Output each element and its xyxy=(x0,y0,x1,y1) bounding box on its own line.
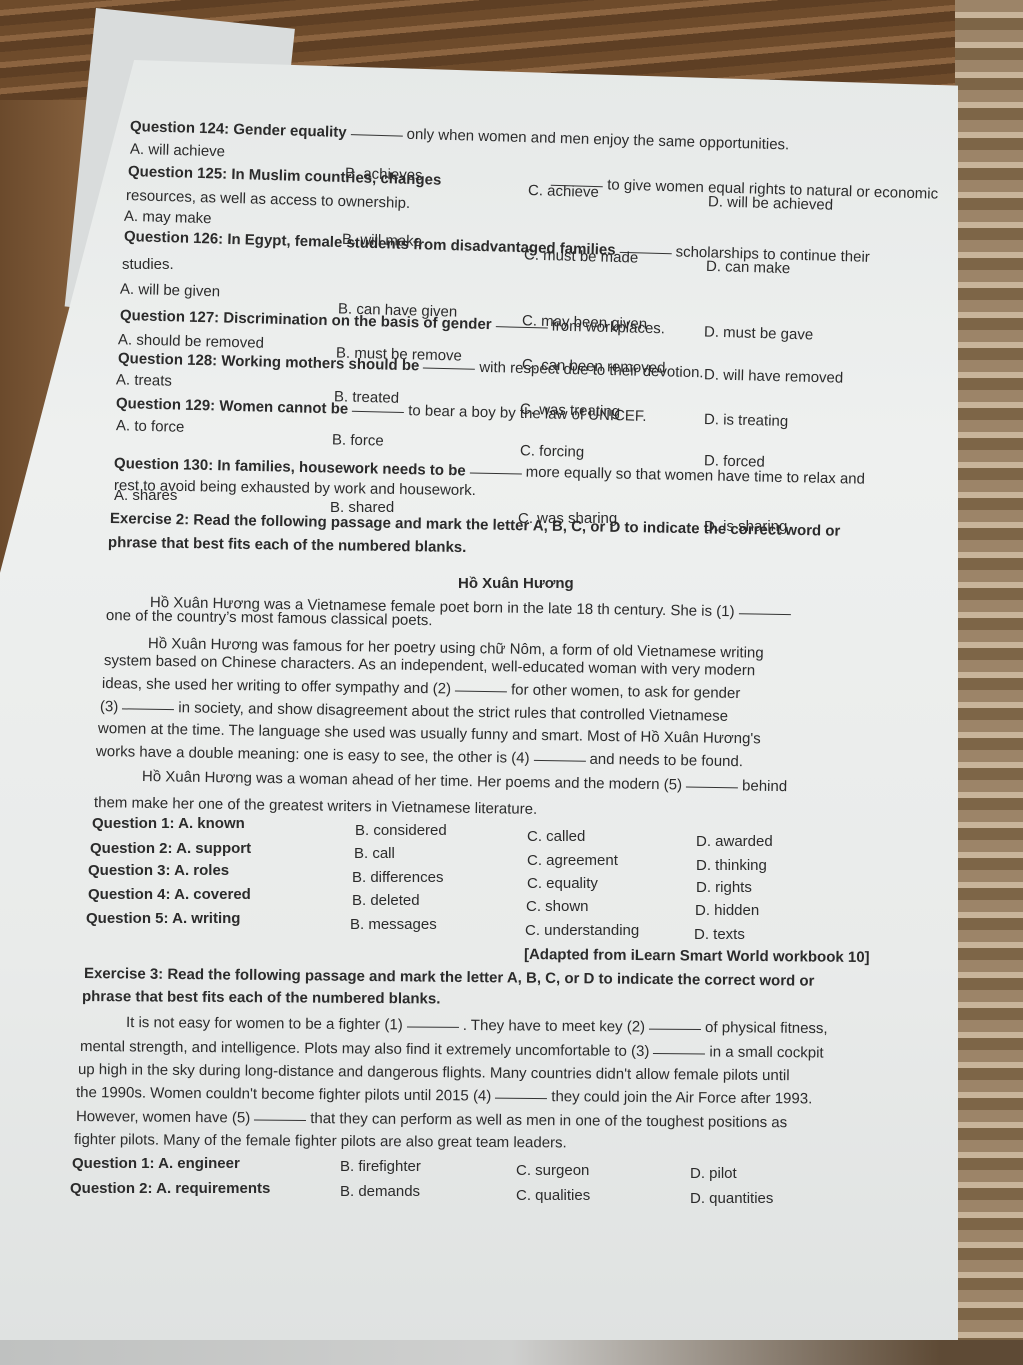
blank xyxy=(423,366,475,369)
blank-3 xyxy=(122,707,174,710)
question-124-prompt-end: only when women and men enjoy the same o… xyxy=(406,126,789,154)
q126-option-d: D. must be gave xyxy=(704,323,814,343)
q127-option-a: A. should be removed xyxy=(118,331,264,352)
ex2-q3: Question 3: A. roles xyxy=(88,862,229,879)
passage-text: behind xyxy=(742,777,787,795)
passage-text: and needs to be found. xyxy=(589,751,743,770)
q129-option-c: C. forcing xyxy=(520,442,585,461)
blank xyxy=(470,471,522,474)
ex2-q3-label: Question 3: A. roles xyxy=(88,862,229,879)
ex2-q1: Question 1: A. known xyxy=(92,815,245,832)
blank-2 xyxy=(649,1028,701,1030)
exercise-2-instruction-line2: phrase that best fits each of the number… xyxy=(108,534,467,556)
question-124: Question 124: Gender equalityonly when w… xyxy=(130,118,790,153)
passage-text: . They have to meet key (2) xyxy=(463,1017,645,1036)
passage-text: they could join the Air Force after 1993… xyxy=(551,1088,812,1107)
ex2-q1-option-b: B. considered xyxy=(355,822,447,839)
ex2-q4-option-d: D. hidden xyxy=(695,902,759,919)
blank xyxy=(496,325,548,328)
passage-text: ideas, she used her writing to offer sym… xyxy=(102,675,451,697)
ex2-q3-option-b: B. differences xyxy=(352,869,443,886)
passage-text: works have a double meaning: one is easy… xyxy=(96,743,530,767)
ex3-passage-line4: the 1990s. Women couldn't become fighter… xyxy=(76,1084,812,1107)
ex2-q4: Question 4: A. covered xyxy=(88,886,251,903)
exercise-3-instruction: Exercise 3: Read the following passage a… xyxy=(84,965,815,990)
ex3-passage-line2: mental strength, and intelligence. Plots… xyxy=(80,1038,824,1061)
ex2-q2-label: Question 2: A. support xyxy=(90,840,251,857)
ex3-q2-option-c: C. qualities xyxy=(516,1187,590,1204)
passage-p2-line3: ideas, she used her writing to offer sym… xyxy=(102,675,741,702)
q124-option-a: A. will achieve xyxy=(130,141,225,161)
question-128-prompt-end: with respect due to their devotion. xyxy=(479,359,704,381)
blank xyxy=(551,184,603,187)
ex2-q4-option-c: C. shown xyxy=(526,898,589,915)
question-130-prompt: Question 130: In families, housework nee… xyxy=(114,455,466,479)
blank-4 xyxy=(534,759,586,762)
ex3-q1-option-d: D. pilot xyxy=(690,1165,737,1182)
blank xyxy=(351,133,403,136)
passage-text: for other women, to ask for gender xyxy=(511,681,741,702)
blank xyxy=(620,251,672,254)
passage-p2-line5: women at the time. The language she used… xyxy=(98,720,761,747)
passage-text: However, women have (5) xyxy=(76,1108,250,1127)
ex3-passage-line3: up high in the sky during long-distance … xyxy=(78,1061,790,1084)
ex2-q5: Question 5: A. writing xyxy=(86,910,240,927)
q129-option-a: A. to force xyxy=(116,417,185,436)
ex2-q5-option-c: C. understanding xyxy=(525,922,639,939)
q130-option-a: A. shares xyxy=(114,487,177,504)
blank-2 xyxy=(455,690,507,693)
ex2-q1-option-c: C. called xyxy=(527,828,585,845)
blank-1 xyxy=(407,1025,459,1027)
question-127-prompt-end: from workplaces. xyxy=(551,318,665,338)
q128-option-a: A. treats xyxy=(116,371,172,389)
blank xyxy=(352,410,404,413)
ex2-q4-option-b: B. deleted xyxy=(352,892,420,909)
ex2-q2-option-c: C. agreement xyxy=(527,852,618,869)
passage-text: (3) xyxy=(100,698,119,715)
ex3-passage-line1: It is not easy for women to be a fighter… xyxy=(126,1014,828,1037)
blank-1 xyxy=(739,612,791,615)
ex2-q3-option-c: C. equality xyxy=(527,875,598,892)
ex2-q2-option-b: B. call xyxy=(354,845,395,862)
question-126: Question 126: In Egypt, female students … xyxy=(124,228,870,266)
q128-option-d: D. is treating xyxy=(704,411,789,430)
ex3-q1-option-c: C. surgeon xyxy=(516,1162,589,1179)
passage-p2-line6: works have a double meaning: one is easy… xyxy=(96,743,743,770)
passage-text: of physical fitness, xyxy=(705,1019,828,1037)
blank-5 xyxy=(254,1119,306,1121)
exercise-3-instruction-line2: phrase that best fits each of the number… xyxy=(82,988,441,1008)
ex2-q1-option-d: D. awarded xyxy=(696,833,773,850)
question-129-prompt: Question 129: Women cannot be xyxy=(116,395,349,418)
passage-p3-line1: Hồ Xuân Hương was a woman ahead of her t… xyxy=(142,768,787,795)
passage-text: mental strength, and intelligence. Plots… xyxy=(80,1038,650,1060)
blank-4 xyxy=(495,1097,547,1099)
passage-text: in society, and show disagreement about … xyxy=(178,699,728,725)
passage-text: the 1990s. Women couldn't become fighter… xyxy=(76,1084,491,1105)
ex2-q3-option-d: D. rights xyxy=(696,879,752,896)
passage-text: It is not easy for women to be a fighter… xyxy=(126,1014,403,1033)
ex3-q1: Question 1: A. engineer xyxy=(72,1155,240,1172)
passage-title: Hồ Xuân Hương xyxy=(458,575,574,592)
ex3-q2-label: Question 2: A. requirements xyxy=(70,1180,270,1197)
passage-text: in a small cockpit xyxy=(709,1043,823,1061)
ex2-q1-label: Question 1: A. known xyxy=(92,815,245,832)
source-citation: [Adapted from iLearn Smart World workboo… xyxy=(524,946,870,966)
question-130-prompt-end: more equally so that women have time to … xyxy=(525,464,865,488)
q126-option-a: A. will be given xyxy=(120,281,220,301)
worksheet-content: Question 124: Gender equalityonly when w… xyxy=(0,0,1023,1365)
blank-3 xyxy=(653,1052,705,1054)
ex3-q2-option-b: B. demands xyxy=(340,1183,420,1200)
ex3-passage-line6: fighter pilots. Many of the female fight… xyxy=(74,1131,567,1151)
passage-text: Hồ Xuân Hương was a woman ahead of her t… xyxy=(142,768,682,793)
ex2-q4-label: Question 4: A. covered xyxy=(88,886,251,903)
ex3-passage-line5: However, women have (5)that they can per… xyxy=(76,1108,787,1131)
q125-option-a: A. may make xyxy=(124,208,212,227)
ex3-q1-label: Question 1: A. engineer xyxy=(72,1155,240,1172)
question-126-line2: studies. xyxy=(122,256,174,273)
ex2-q2: Question 2: A. support xyxy=(90,840,251,857)
ex2-q5-label: Question 5: A. writing xyxy=(86,910,240,927)
ex3-q2: Question 2: A. requirements xyxy=(70,1180,270,1197)
passage-text: that they can perform as well as men in … xyxy=(310,1110,787,1131)
blank-5 xyxy=(686,786,738,789)
question-126-prompt-end: scholarships to continue their xyxy=(675,243,870,265)
ex3-q2-option-d: D. quantities xyxy=(690,1190,773,1207)
q127-option-d: D. will have removed xyxy=(704,366,844,386)
ex3-q1-option-b: B. firefighter xyxy=(340,1158,421,1175)
question-124-prompt: Question 124: Gender equality xyxy=(130,118,347,141)
ex2-q5-option-b: B. messages xyxy=(350,916,437,933)
ex2-q2-option-d: D. thinking xyxy=(696,857,767,874)
q129-option-b: B. force xyxy=(332,431,384,449)
ex2-q5-option-d: D. texts xyxy=(694,926,745,943)
